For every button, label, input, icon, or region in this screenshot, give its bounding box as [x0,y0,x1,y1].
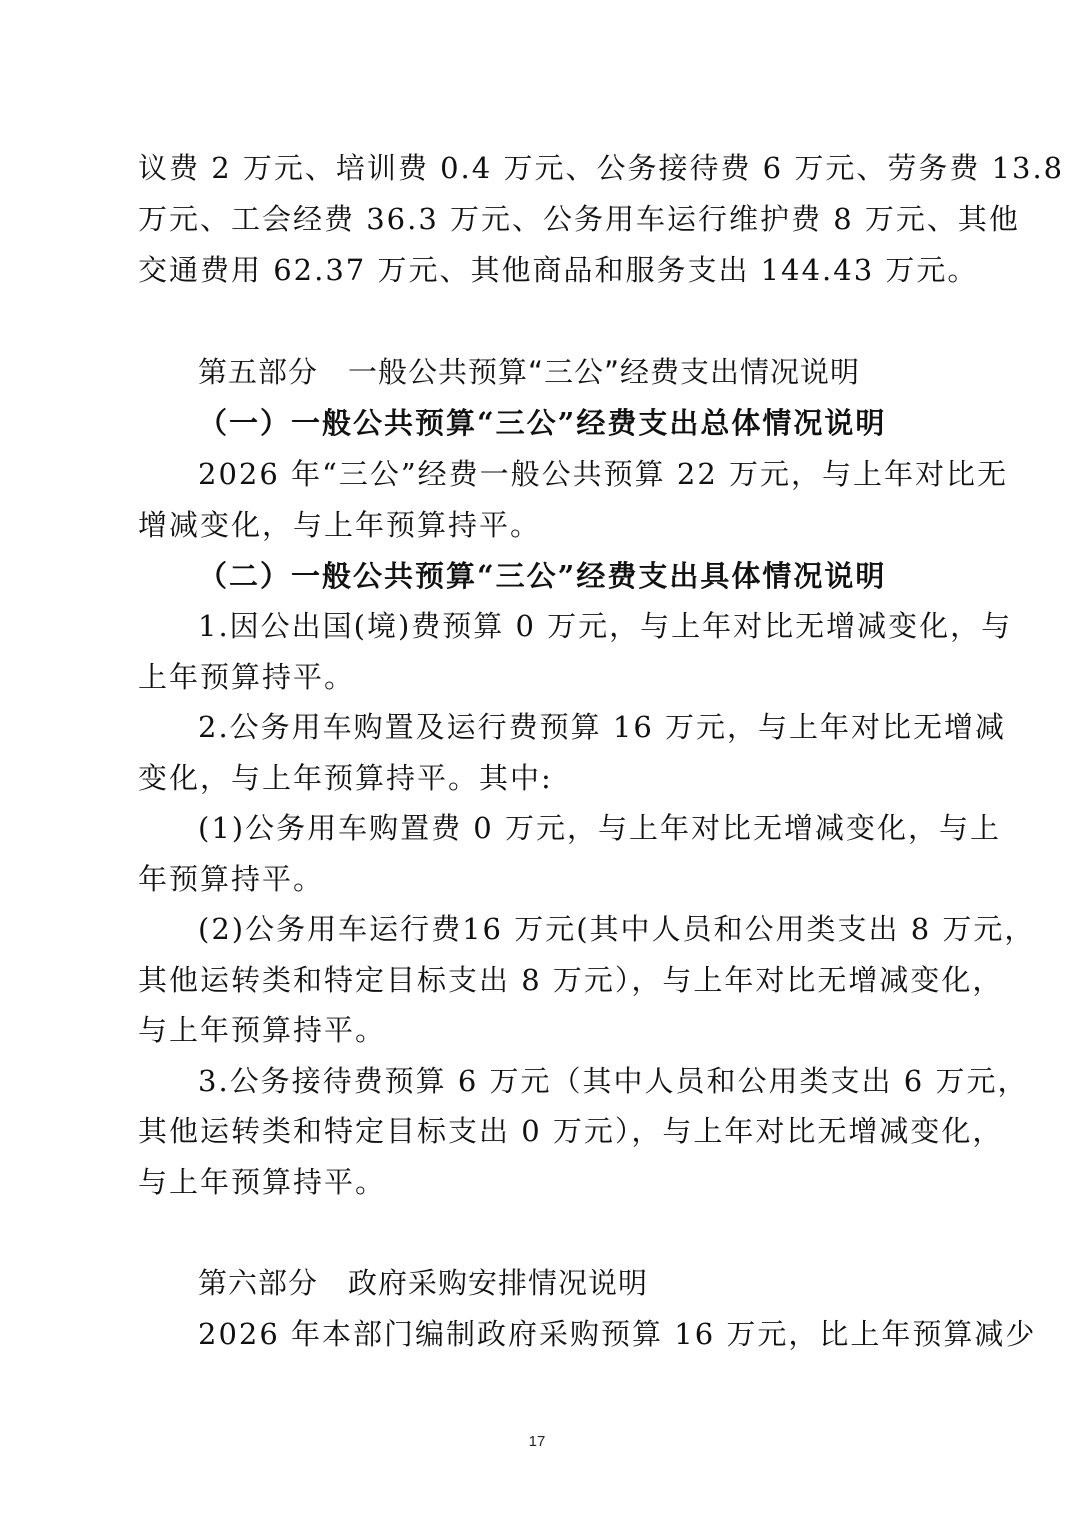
document-page: 议费 2 万元、培训费 0.4 万元、公务接待费 6 万元、劳务费 13.8 万… [0,0,1074,1520]
section1-heading: （一）一般公共预算“三公”经费支出总体情况说明 [198,403,938,443]
item3-line: 其他运转类和特定目标支出 0 万元），与上年对比无增减变化， [138,1111,938,1151]
item1-line: 上年预算持平。 [138,657,938,697]
item2-2-line: 与上年预算持平。 [138,1010,938,1050]
item2-line: 变化，与上年预算持平。其中: [138,758,938,798]
item1-line: 1.因公出国(境)费预算 0 万元，与上年对比无增减变化，与 [198,606,938,646]
section2-heading: （二）一般公共预算“三公”经费支出具体情况说明 [198,556,938,596]
item2-2-line: 其他运转类和特定目标支出 8 万元），与上年对比无增减变化， [138,960,938,1000]
item2-1-line: (1)公务用车购置费 0 万元，与上年对比无增减变化，与上 [198,808,938,848]
paragraph-line: 增减变化，与上年预算持平。 [138,505,938,545]
item2-line: 2.公务用车购置及运行费预算 16 万元，与上年对比无增减 [198,707,938,747]
paragraph-line: 2026 年“三公”经费一般公共预算 22 万元，与上年对比无 [198,454,938,494]
item3-line: 3.公务接待费预算 6 万元（其中人员和公用类支出 6 万元， [198,1061,938,1101]
paragraph-line: 2026 年本部门编制政府采购预算 16 万元，比上年预算减少 [198,1314,938,1354]
item2-2-line: (2)公务用车运行费16 万元(其中人员和公用类支出 8 万元， [198,909,938,949]
paragraph-line: 议费 2 万元、培训费 0.4 万元、公务接待费 6 万元、劳务费 13.8 [138,148,938,188]
paragraph-line: 交通费用 62.37 万元、其他商品和服务支出 144.43 万元。 [138,250,938,290]
item2-1-line: 年预算持平。 [138,859,938,899]
item3-line: 与上年预算持平。 [138,1162,938,1202]
part5-heading: 第五部分 一般公共预算“三公”经费支出情况说明 [198,352,938,392]
page-number: 17 [0,1433,1074,1450]
paragraph-line: 万元、工会经费 36.3 万元、公务用车运行维护费 8 万元、其他 [138,199,938,239]
part6-heading: 第六部分 政府采购安排情况说明 [198,1263,938,1303]
